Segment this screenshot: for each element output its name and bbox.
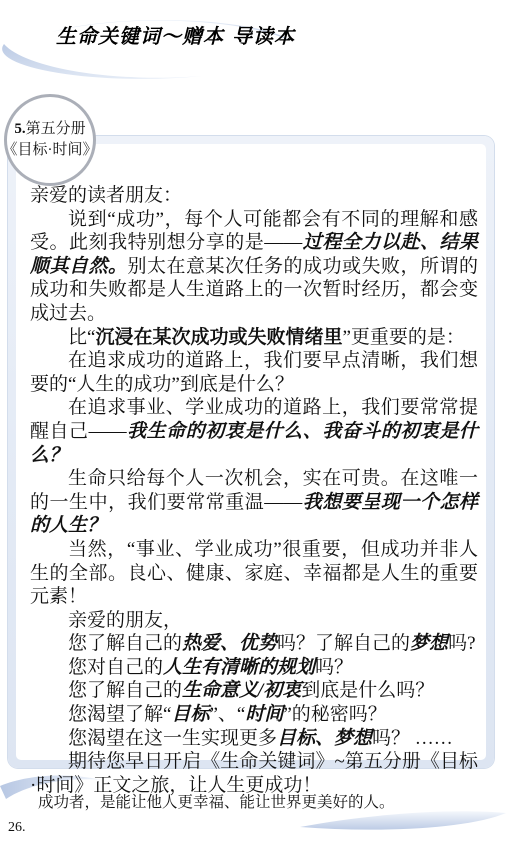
text-segment: 吗？了解自己的 — [277, 633, 410, 654]
script-text-segment: 时间 — [245, 704, 283, 725]
script-text-segment: 人生有清晰的规划 — [163, 657, 315, 678]
volume-number: 5. — [14, 121, 25, 137]
paragraph: 亲爱的读者朋友： — [30, 184, 478, 208]
text-segment: 亲爱的读者朋友： — [30, 185, 182, 206]
text-segment: 您了解自己的 — [68, 680, 182, 701]
text-segment: 您渴望了解“ — [68, 704, 171, 725]
text-segment: 吗? — [448, 633, 475, 654]
page-number: 26. — [8, 820, 26, 836]
text-segment: 吗？ …… — [372, 728, 453, 749]
book-page: 生命关键词～赠本 导读本 5.第五分册 《目标·时间》 亲爱的读者朋友：说到“成… — [0, 0, 507, 848]
text-segment: 比“ — [68, 327, 95, 348]
content-panel: 亲爱的读者朋友：说到“成功”，每个人可能都会有不同的理解和感受。此刻我特别想分享… — [8, 136, 494, 768]
script-text-segment: 热爱、优势 — [182, 633, 277, 654]
paragraph: 比“沉浸在某次成功或失败情绪里”更重要的是： — [30, 326, 478, 350]
text-segment: ”更重要的是： — [342, 327, 464, 348]
script-text-segment: 梦想 — [410, 633, 448, 654]
paragraph: 您对自己的人生有清晰的规划吗？ — [30, 656, 478, 680]
paragraph: 您渴望了解“目标”、“时间”的秘密吗？ — [30, 703, 478, 727]
paragraph: 您了解自己的热爱、优势吗？了解自己的梦想吗? — [30, 632, 478, 656]
paragraph: 在追求事业、学业成功的道路上，我们要常常提醒自己——我生命的初衷是什么、我奋斗的… — [30, 396, 478, 467]
volume-label: 第五分册 — [26, 121, 86, 137]
text-segment: ”、“ — [209, 704, 245, 725]
paragraph: 在追求成功的道路上，我们要早点清晰，我们想要的“人生的成功”到底是什么？ — [30, 349, 478, 396]
text-segment: 您了解自己的 — [68, 633, 182, 654]
text-segment: 期待您早日开启《生命关键词》~第五分册《目标·时间》正文之旅，让人生更成功！ — [30, 751, 478, 796]
script-text-segment: 生命意义/初衷 — [182, 680, 301, 701]
paragraph: 期待您早日开启《生命关键词》~第五分册《目标·时间》正文之旅，让人生更成功！ — [30, 750, 478, 797]
paragraph: 您渴望在这一生实现更多目标、梦想吗？ …… — [30, 727, 478, 751]
emph-text-segment: 沉浸在某次成功或失败情绪里 — [95, 327, 342, 348]
letter-body: 亲爱的读者朋友：说到“成功”，每个人可能都会有不同的理解和感受。此刻我特别想分享… — [16, 144, 486, 760]
volume-title: 《目标·时间》 — [3, 140, 98, 161]
volume-badge-line1: 5.第五分册 — [14, 119, 85, 140]
text-segment: 您渴望在这一生实现更多 — [68, 728, 277, 749]
paragraph: 您了解自己的生命意义/初衷到底是什么吗？ — [30, 679, 478, 703]
volume-badge: 5.第五分册 《目标·时间》 — [4, 94, 96, 186]
text-segment: 吗？ — [315, 657, 353, 678]
paragraph: 当然，“事业、学业成功”很重要，但成功并非人生的全部。良心、健康、家庭、幸福都是… — [30, 538, 478, 609]
script-text-segment: 目标 — [171, 704, 209, 725]
text-segment: 在追求成功的道路上，我们要早点清晰，我们想要的“人生的成功”到底是什么？ — [30, 350, 478, 395]
banner-title: 生命关键词～赠本 导读本 — [56, 20, 266, 49]
paragraph: 亲爱的朋友， — [30, 609, 478, 633]
paragraph: 说到“成功”，每个人可能都会有不同的理解和感受。此刻我特别想分享的是——过程全力… — [30, 208, 478, 326]
text-segment: 到底是什么吗？ — [301, 680, 434, 701]
text-segment: ”的秘密吗？ — [283, 704, 386, 725]
crescent-swoosh-right-icon — [300, 806, 507, 834]
script-text-segment: 目标、梦想 — [277, 728, 372, 749]
text-segment: 您对自己的 — [68, 657, 163, 678]
text-segment: 亲爱的朋友， — [68, 610, 182, 631]
paragraph: 生命只给每个人一次机会，实在可贵。在这唯一的一生中，我们要常常重温——我想要呈现… — [30, 467, 478, 538]
text-segment: 当然，“事业、学业成功”很重要，但成功并非人生的全部。良心、健康、家庭、幸福都是… — [30, 539, 478, 607]
